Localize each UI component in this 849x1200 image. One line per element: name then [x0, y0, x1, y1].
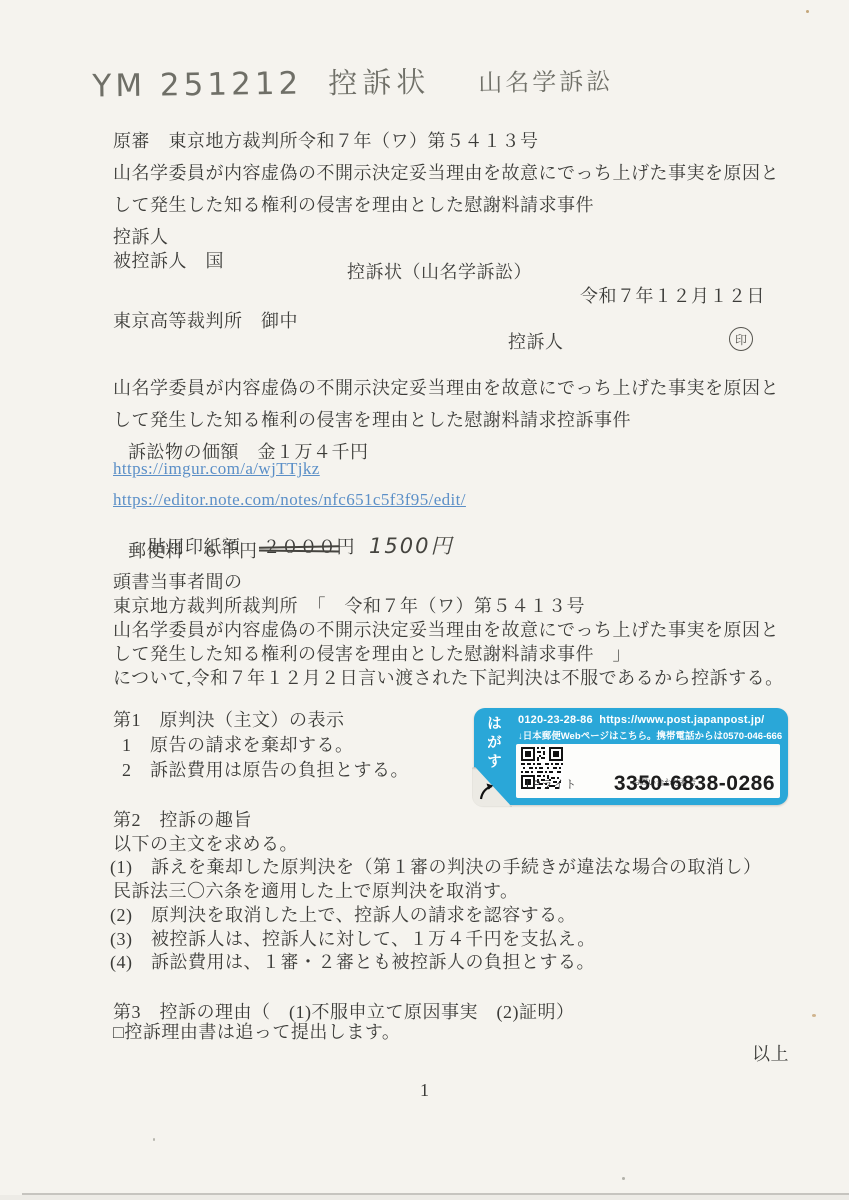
appeal-case-line1: 山名学委員が内容虚偽の不開示決定妥当理由を故意にでっち上げた事実を原因と — [113, 378, 779, 400]
section2-heading: 第2 控訴の趣旨 — [113, 810, 252, 832]
note-editor-link[interactable]: https://editor.note.com/notes/nfc651c5f3… — [113, 490, 466, 509]
handwritten-title: 控訴状 — [328, 65, 430, 100]
page-number: 1 — [0, 1080, 849, 1101]
sticker-info-line: ↓日本郵便Webページはこちら。携帯電話からは0570-046-666 — [518, 728, 782, 742]
tracking-number: 3350-6838-0286 — [614, 772, 775, 796]
scan-speck — [622, 1177, 625, 1180]
intro-line3: 山名学委員が内容虚偽の不開示決定妥当理由を故意にでっち上げた事実を原因と — [113, 620, 779, 642]
section1-heading: 第1 原判決（主文）の表示 — [113, 710, 345, 732]
intro-line2: 東京地方裁判所裁判所 「 令和７年（ワ）第５４１３号 — [113, 596, 585, 618]
scan-speck — [806, 10, 809, 13]
intro-line5: について,令和７年１２月２日言い渡された下記判決は不服であるから控訴する。 — [113, 668, 784, 690]
section3-heading: 第3 控訴の理由（ (1)不服申立て原因事実 (2)証明） — [113, 1002, 574, 1024]
handwritten-code: YM 251212 — [92, 66, 302, 105]
closing-ijou: 以上 — [752, 1044, 789, 1066]
appellee-label: 被控訴人 国 — [113, 251, 224, 273]
handwritten-note: YM 251212控訴状山名学訴訟 — [71, 38, 613, 125]
section2-item-1: (1) 訴えを棄却した原判決を（第１審の判決の手続きが違法な場合の取消し） — [110, 857, 762, 879]
document-title: 控訴状（山名学訴訟） — [347, 262, 532, 284]
section1-item-1: 1 原告の請求を棄却する。 — [122, 735, 354, 757]
section2-item-1-cont: 民訴法三〇六条を適用した上で原判決を取消す。 — [113, 881, 519, 903]
scan-speck — [812, 1014, 816, 1017]
imgur-link[interactable]: https://imgur.com/a/wjTTjkz — [113, 459, 320, 478]
intro-line4: して発生した知る権利の侵害を理由とした慰謝料請求事件 」 — [113, 644, 631, 666]
appeal-case-line2: して発生した知る権利の侵害を理由とした慰謝料請求控訴事件 — [113, 410, 631, 432]
original-case-number: 原審 東京地方裁判所令和７年（ワ）第５４１３号 — [113, 131, 539, 153]
sticker-phone-url-line: 0120-23-28-86 https://www.post.japanpost… — [518, 714, 764, 726]
seal-stamp-icon: 印 — [729, 327, 753, 351]
section3-note: □控訴理由書は追って提出します。 — [113, 1022, 400, 1044]
stamp-fee-handwritten-correction: 1500円 — [369, 534, 453, 558]
section2-item-2: (2) 原判決を取消した上で、控訴人の請求を認容する。 — [110, 905, 576, 927]
section2-item-4: (4) 訴訟費用は、１審・２審とも被控訴人の負担とする。 — [110, 952, 595, 974]
document-date: 令和７年１２月１２日 — [580, 286, 765, 308]
sticker-white-panel: LPライト お問い合わせ番号 3350-6838-0286 — [516, 744, 780, 798]
peel-off-label: はがす — [483, 715, 504, 772]
sticker-product-name: LPライト — [526, 776, 577, 792]
case-title-line1: 山名学委員が内容虚偽の不開示決定妥当理由を故意にでっち上げた事実を原因と — [113, 163, 779, 185]
addressee-court: 東京高等裁判所 御中 — [113, 311, 298, 333]
scanned-appeal-document: YM 251212控訴状山名学訴訟 原審 東京地方裁判所令和７年（ワ）第５４１３… — [0, 0, 849, 1200]
stamp-fee-crossed-value: ２０００ — [263, 537, 337, 559]
scan-bottom-margin — [0, 1195, 849, 1200]
scan-speck — [153, 1138, 155, 1141]
handwritten-case: 山名学訴訟 — [478, 67, 613, 97]
section1-item-2: 2 訴訟費用は原告の負担とする。 — [122, 760, 409, 782]
stamp-fee-unit: 円 — [337, 537, 356, 557]
case-title-line2: して発生した知る権利の侵害を理由とした慰謝料請求事件 — [113, 195, 594, 217]
seal-character: 印 — [735, 331, 747, 348]
section2-intro: 以下の主文を求める。 — [113, 834, 298, 856]
section2-item-3: (3) 被控訴人は、控訴人に対して、１万４千円を支払え。 — [110, 929, 596, 951]
japan-post-sticker: はがす 0120-23-28-86 https://www.post.japan… — [474, 708, 788, 805]
appellant-label: 控訴人 — [113, 227, 169, 249]
postage-line: 郵便料 ６千円 — [128, 541, 258, 563]
peel-arrow-icon — [477, 780, 499, 802]
signature-appellant-label: 控訴人 — [508, 332, 564, 354]
intro-line1: 頭書当事者間の — [113, 572, 243, 594]
scan-edge-line — [22, 1193, 849, 1195]
